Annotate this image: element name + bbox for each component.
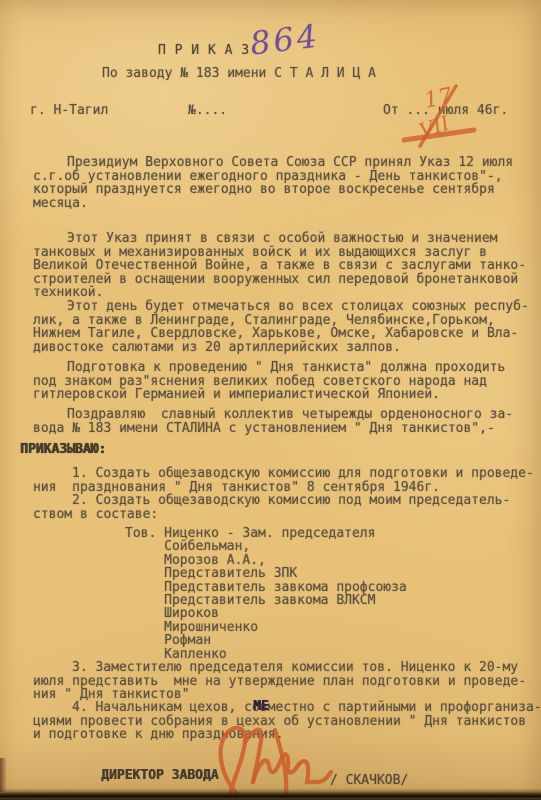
order-item-2: 2. Создать общезаводскую комиссию под мо… — [33, 494, 510, 521]
paragraph-celebrations: Этот день будет отмечаться во всех столи… — [33, 300, 529, 354]
city-label: г. Н-Тагил — [30, 104, 108, 118]
paragraph-congratulation: Поздравляю славный коллектив четырежды о… — [33, 408, 513, 435]
order-number-field: №.... — [188, 104, 227, 118]
order-heading: ПРИКАЗЫВАЮ: — [20, 443, 106, 457]
scanned-order-document: 864 П Р И К А З По заводу № 183 имени С … — [0, 0, 541, 800]
handwritten-date-mark: 17 VII — [396, 82, 488, 154]
signature-title: ДИРЕКТОР ЗАВОДА — [101, 769, 218, 783]
paragraph-decree: Президиум Верховного Совета Союза ССР пр… — [33, 156, 513, 210]
typed-overstrike-correction: МЕ — [253, 700, 269, 714]
paragraph-significance: Этот Указ принят в связи с особой важнос… — [33, 232, 526, 300]
paragraph-preparation: Подготовка к проведению " Дня танкиста" … — [33, 361, 505, 402]
commission-members-list: Тов. Ниценко - Зам. председателя Сойбель… — [125, 527, 407, 661]
paper-edge-chip — [0, 758, 7, 792]
paper-bottom-edge — [0, 788, 541, 800]
handwritten-order-number: 864 — [248, 20, 321, 60]
signature-name: / СКАЧКОВ/ — [330, 774, 408, 788]
document-title: П Р И К А З — [158, 44, 250, 58]
order-item-1: 1. Создать общезаводскую комиссию для по… — [33, 467, 534, 494]
document-subtitle: По заводу № 183 имени С Т А Л И Ц А — [102, 67, 376, 81]
order-item-3: 3. Заместителю председателя комиссии тов… — [33, 661, 526, 702]
